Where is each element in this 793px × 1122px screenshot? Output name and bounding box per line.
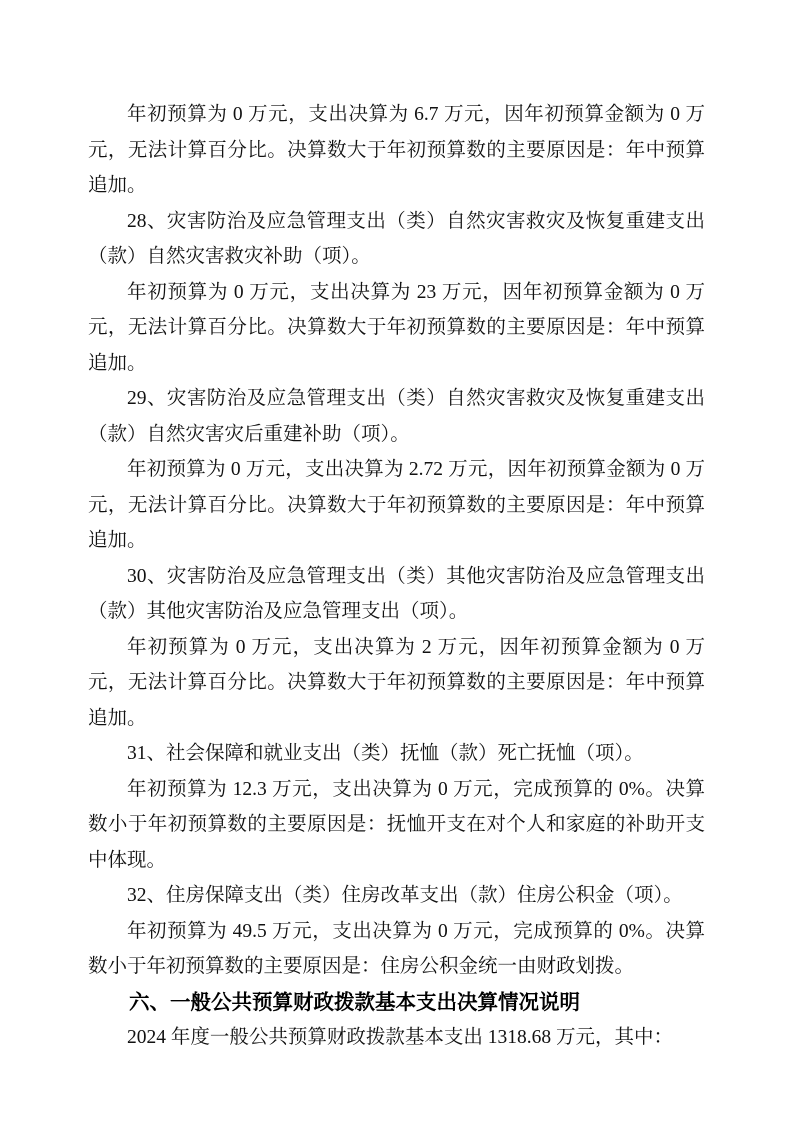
paragraph-item-30-note: 年初预算为 0 万元，支出决算为 2 万元，因年初预算金额为 0 万元，无法计算… [88,630,705,737]
paragraph-item-28-title: 28、灾害防治及应急管理支出（类）自然灾害救灾及恢复重建支出（款）自然灾害救灾补… [88,204,705,275]
paragraph-item-31-note: 年初预算为 12.3 万元，支出决算为 0 万元，完成预算的 0%。决算数小于年… [88,772,705,879]
paragraph-item-29-note: 年初预算为 0 万元，支出决算为 2.72 万元，因年初预算金额为 0 万元，无… [88,452,705,559]
section-six-heading: 六、一般公共预算财政拨款基本支出决算情况说明 [88,985,705,1021]
paragraph-item-32-title: 32、住房保障支出（类）住房改革支出（款）住房公积金（项）。 [88,878,705,914]
paragraph-item-29-title: 29、灾害防治及应急管理支出（类）自然灾害救灾及恢复重建支出（款）自然灾害灾后重… [88,381,705,452]
paragraph-item-28-note: 年初预算为 0 万元，支出决算为 23 万元，因年初预算金额为 0 万元，无法计… [88,275,705,382]
paragraph-section-six-intro: 2024 年度一般公共预算财政拨款基本支出 1318.68 万元，其中： [88,1020,705,1056]
paragraph-budget-note-6-7: 年初预算为 0 万元，支出决算为 6.7 万元，因年初预算金额为 0 万元，无法… [88,97,705,204]
paragraph-item-30-title: 30、灾害防治及应急管理支出（类）其他灾害防治及应急管理支出（款）其他灾害防治及… [88,559,705,630]
document-page: 年初预算为 0 万元，支出决算为 6.7 万元，因年初预算金额为 0 万元，无法… [0,0,793,1122]
paragraph-item-31-title: 31、社会保障和就业支出（类）抚恤（款）死亡抚恤（项）。 [88,736,705,772]
paragraph-item-32-note: 年初预算为 49.5 万元，支出决算为 0 万元，完成预算的 0%。决算数小于年… [88,914,705,985]
